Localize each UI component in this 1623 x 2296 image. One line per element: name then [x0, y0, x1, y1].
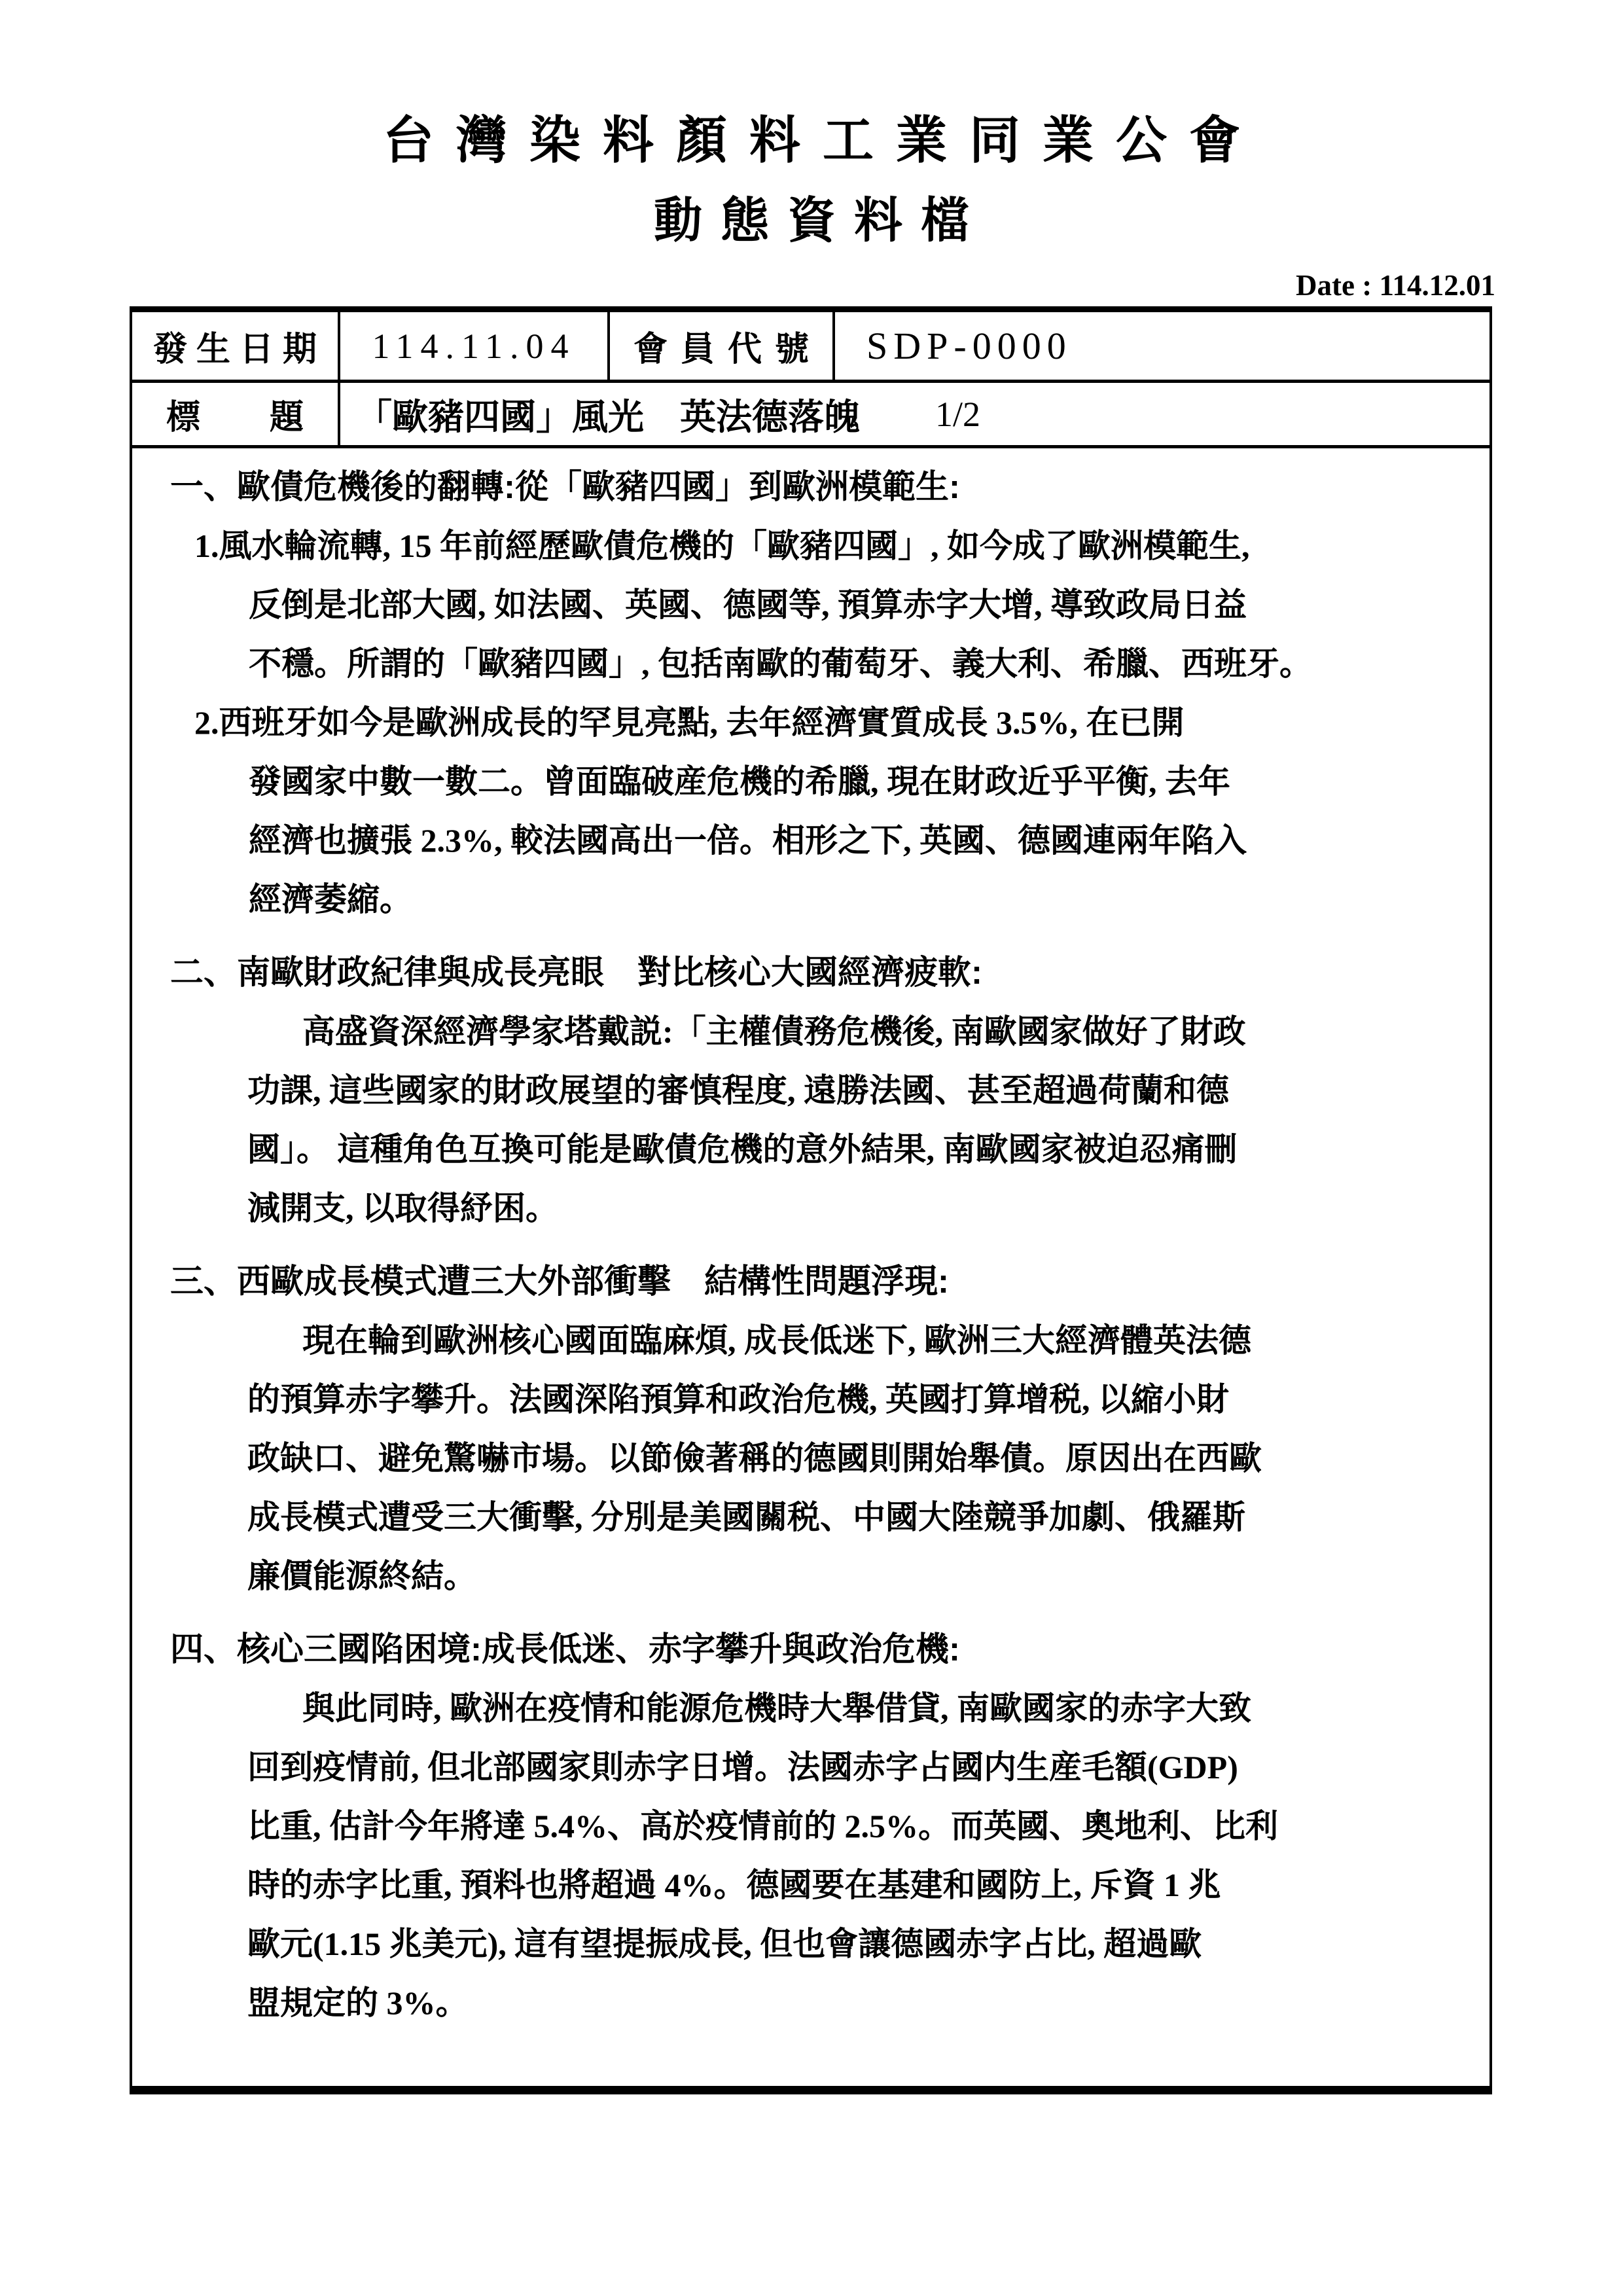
- body-line: 減開支, 以取得紓困。: [247, 1179, 1489, 1238]
- info-row-date-member: 發生日期 114.11.04 會員代號 SDP-0000: [132, 312, 1489, 383]
- body-line: 廉價能源終結。: [247, 1547, 1489, 1605]
- member-code-value: SDP-0000: [835, 324, 1072, 368]
- section-heading: 一、歐債危機後的翻轉:從「歐豬四國」到歐洲模範生:: [170, 457, 1489, 516]
- body-line: 發國家中數一數二。曾面臨破産危機的希臘, 現在財政近乎平衡, 去年: [249, 752, 1489, 811]
- occur-date-label: 發生日期: [144, 321, 326, 370]
- section-heading: 三、西歐成長模式遭三大外部衝擊 結構性問題浮現:: [170, 1252, 1489, 1311]
- body-line: 現在輪到歐洲核心國面臨麻煩, 成長低迷下, 歐洲三大經濟體英法德: [302, 1311, 1489, 1370]
- body-line: 時的赤字比重, 預料也將超過 4%。德國要在基建和國防上, 斥資 1 兆: [247, 1856, 1489, 1914]
- body-line: 經濟也擴張 2.3%, 較法國高出一倍。相形之下, 英國、德國連兩年陷入: [249, 811, 1489, 870]
- occur-date-value-cell: 114.11.04: [340, 312, 610, 380]
- body-line: 1.風水輪流轉, 15 年前經歷歐債危機的「歐豬四國」, 如今成了歐洲模範生,: [194, 516, 1489, 575]
- body-line: 2.西班牙如今是歐洲成長的罕見亮點, 去年經濟實質成長 3.5%, 在已開: [194, 693, 1489, 752]
- body-line: 反倒是北部大國, 如法國、英國、德國等, 預算赤字大增, 導致政局日益: [249, 575, 1489, 634]
- member-code-label-cell: 會員代號: [610, 312, 835, 380]
- occur-date-label-cell: 發生日期: [132, 312, 340, 380]
- body-line: 高盛資深經濟學家塔戴説:「主權債務危機後, 南歐國家做好了財政: [302, 1002, 1489, 1061]
- section-heading: 四、核心三國陷困境:成長低迷、赤字攀升與政治危機:: [170, 1620, 1489, 1679]
- body-line: 功課, 這些國家的財政展望的審慎程度, 遠勝法國、甚至超過荷蘭和德: [247, 1061, 1489, 1120]
- body-line: 不穩。所謂的「歐豬四國」, 包括南歐的葡萄牙、義大利、希臘、西班牙。: [249, 634, 1489, 693]
- organization-title: 台灣染料顏料工業同業公會: [0, 0, 1623, 173]
- body-line: 成長模式遭受三大衝擊, 分別是美國關税、中國大陸競爭加劇、俄羅斯: [247, 1488, 1489, 1547]
- body-line: 比重, 估計今年將達 5.4%、高於疫情前的 2.5%。而英國、奧地利、比利: [247, 1797, 1489, 1856]
- subject-label-right: 題: [270, 389, 304, 439]
- document-page: { "header": { "org_title": "台灣染料顏料工業同業公會…: [0, 0, 1623, 2296]
- subject-title-text: 「歐豬四國」風光 英法德落魄: [356, 388, 860, 440]
- subject-label-cell: 標 題: [132, 383, 340, 445]
- section: 一、歐債危機後的翻轉:從「歐豬四國」到歐洲模範生:1.風水輪流轉, 15 年前經…: [132, 457, 1489, 929]
- body-line: 歐元(1.15 兆美元), 這有望提振成長, 但也會讓德國赤字占比, 超過歐: [247, 1914, 1489, 1973]
- subject-value-cell: 「歐豬四國」風光 英法德落魄 1/2: [340, 383, 1489, 445]
- body-line: 經濟萎縮。: [249, 870, 1489, 929]
- body-line: 的預算赤字攀升。法國深陷預算和政治危機, 英國打算增税, 以縮小財: [247, 1370, 1489, 1429]
- subject-label-left: 標: [166, 389, 200, 439]
- body-line: 回到疫情前, 但北部國家則赤字日增。法國赤字占國内生産毛額(GDP): [247, 1738, 1489, 1797]
- page-indicator: 1/2: [935, 394, 980, 435]
- document-frame: 發生日期 114.11.04 會員代號 SDP-0000 標 題 「歐豬四國」風…: [130, 306, 1492, 2094]
- info-row-subject: 標 題 「歐豬四國」風光 英法德落魄 1/2: [132, 383, 1489, 448]
- section: 四、核心三國陷困境:成長低迷、赤字攀升與政治危機:與此同時, 歐洲在疫情和能源危…: [132, 1620, 1489, 2032]
- document-title: 動態資料檔: [0, 182, 1623, 251]
- body-line: 盟規定的 3%。: [247, 1973, 1489, 2032]
- section-heading: 二、南歐財政紀律與成長亮眼 對比核心大國經濟疲軟:: [170, 943, 1489, 1002]
- member-code-value-cell: SDP-0000: [835, 312, 1489, 380]
- subject-label: 標 題: [132, 389, 338, 439]
- section: 二、南歐財政紀律與成長亮眼 對比核心大國經濟疲軟:高盛資深經濟學家塔戴説:「主權…: [132, 943, 1489, 1238]
- member-code-label: 會員代號: [620, 321, 822, 370]
- occur-date-value: 114.11.04: [372, 326, 576, 367]
- date-label: Date : 114.12.01: [0, 268, 1495, 302]
- body-line: 政缺口、避免驚嚇市場。以節儉著稱的德國則開始舉債。原因出在西歐: [247, 1429, 1489, 1488]
- document-body: 一、歐債危機後的翻轉:從「歐豬四國」到歐洲模範生:1.風水輪流轉, 15 年前經…: [132, 448, 1489, 2086]
- body-line: 與此同時, 歐洲在疫情和能源危機時大舉借貸, 南歐國家的赤字大致: [302, 1679, 1489, 1738]
- body-line: 國」。 這種角色互換可能是歐債危機的意外結果, 南歐國家被迫忍痛刪: [247, 1120, 1489, 1179]
- section: 三、西歐成長模式遭三大外部衝擊 結構性問題浮現:現在輪到歐洲核心國面臨麻煩, 成…: [132, 1252, 1489, 1605]
